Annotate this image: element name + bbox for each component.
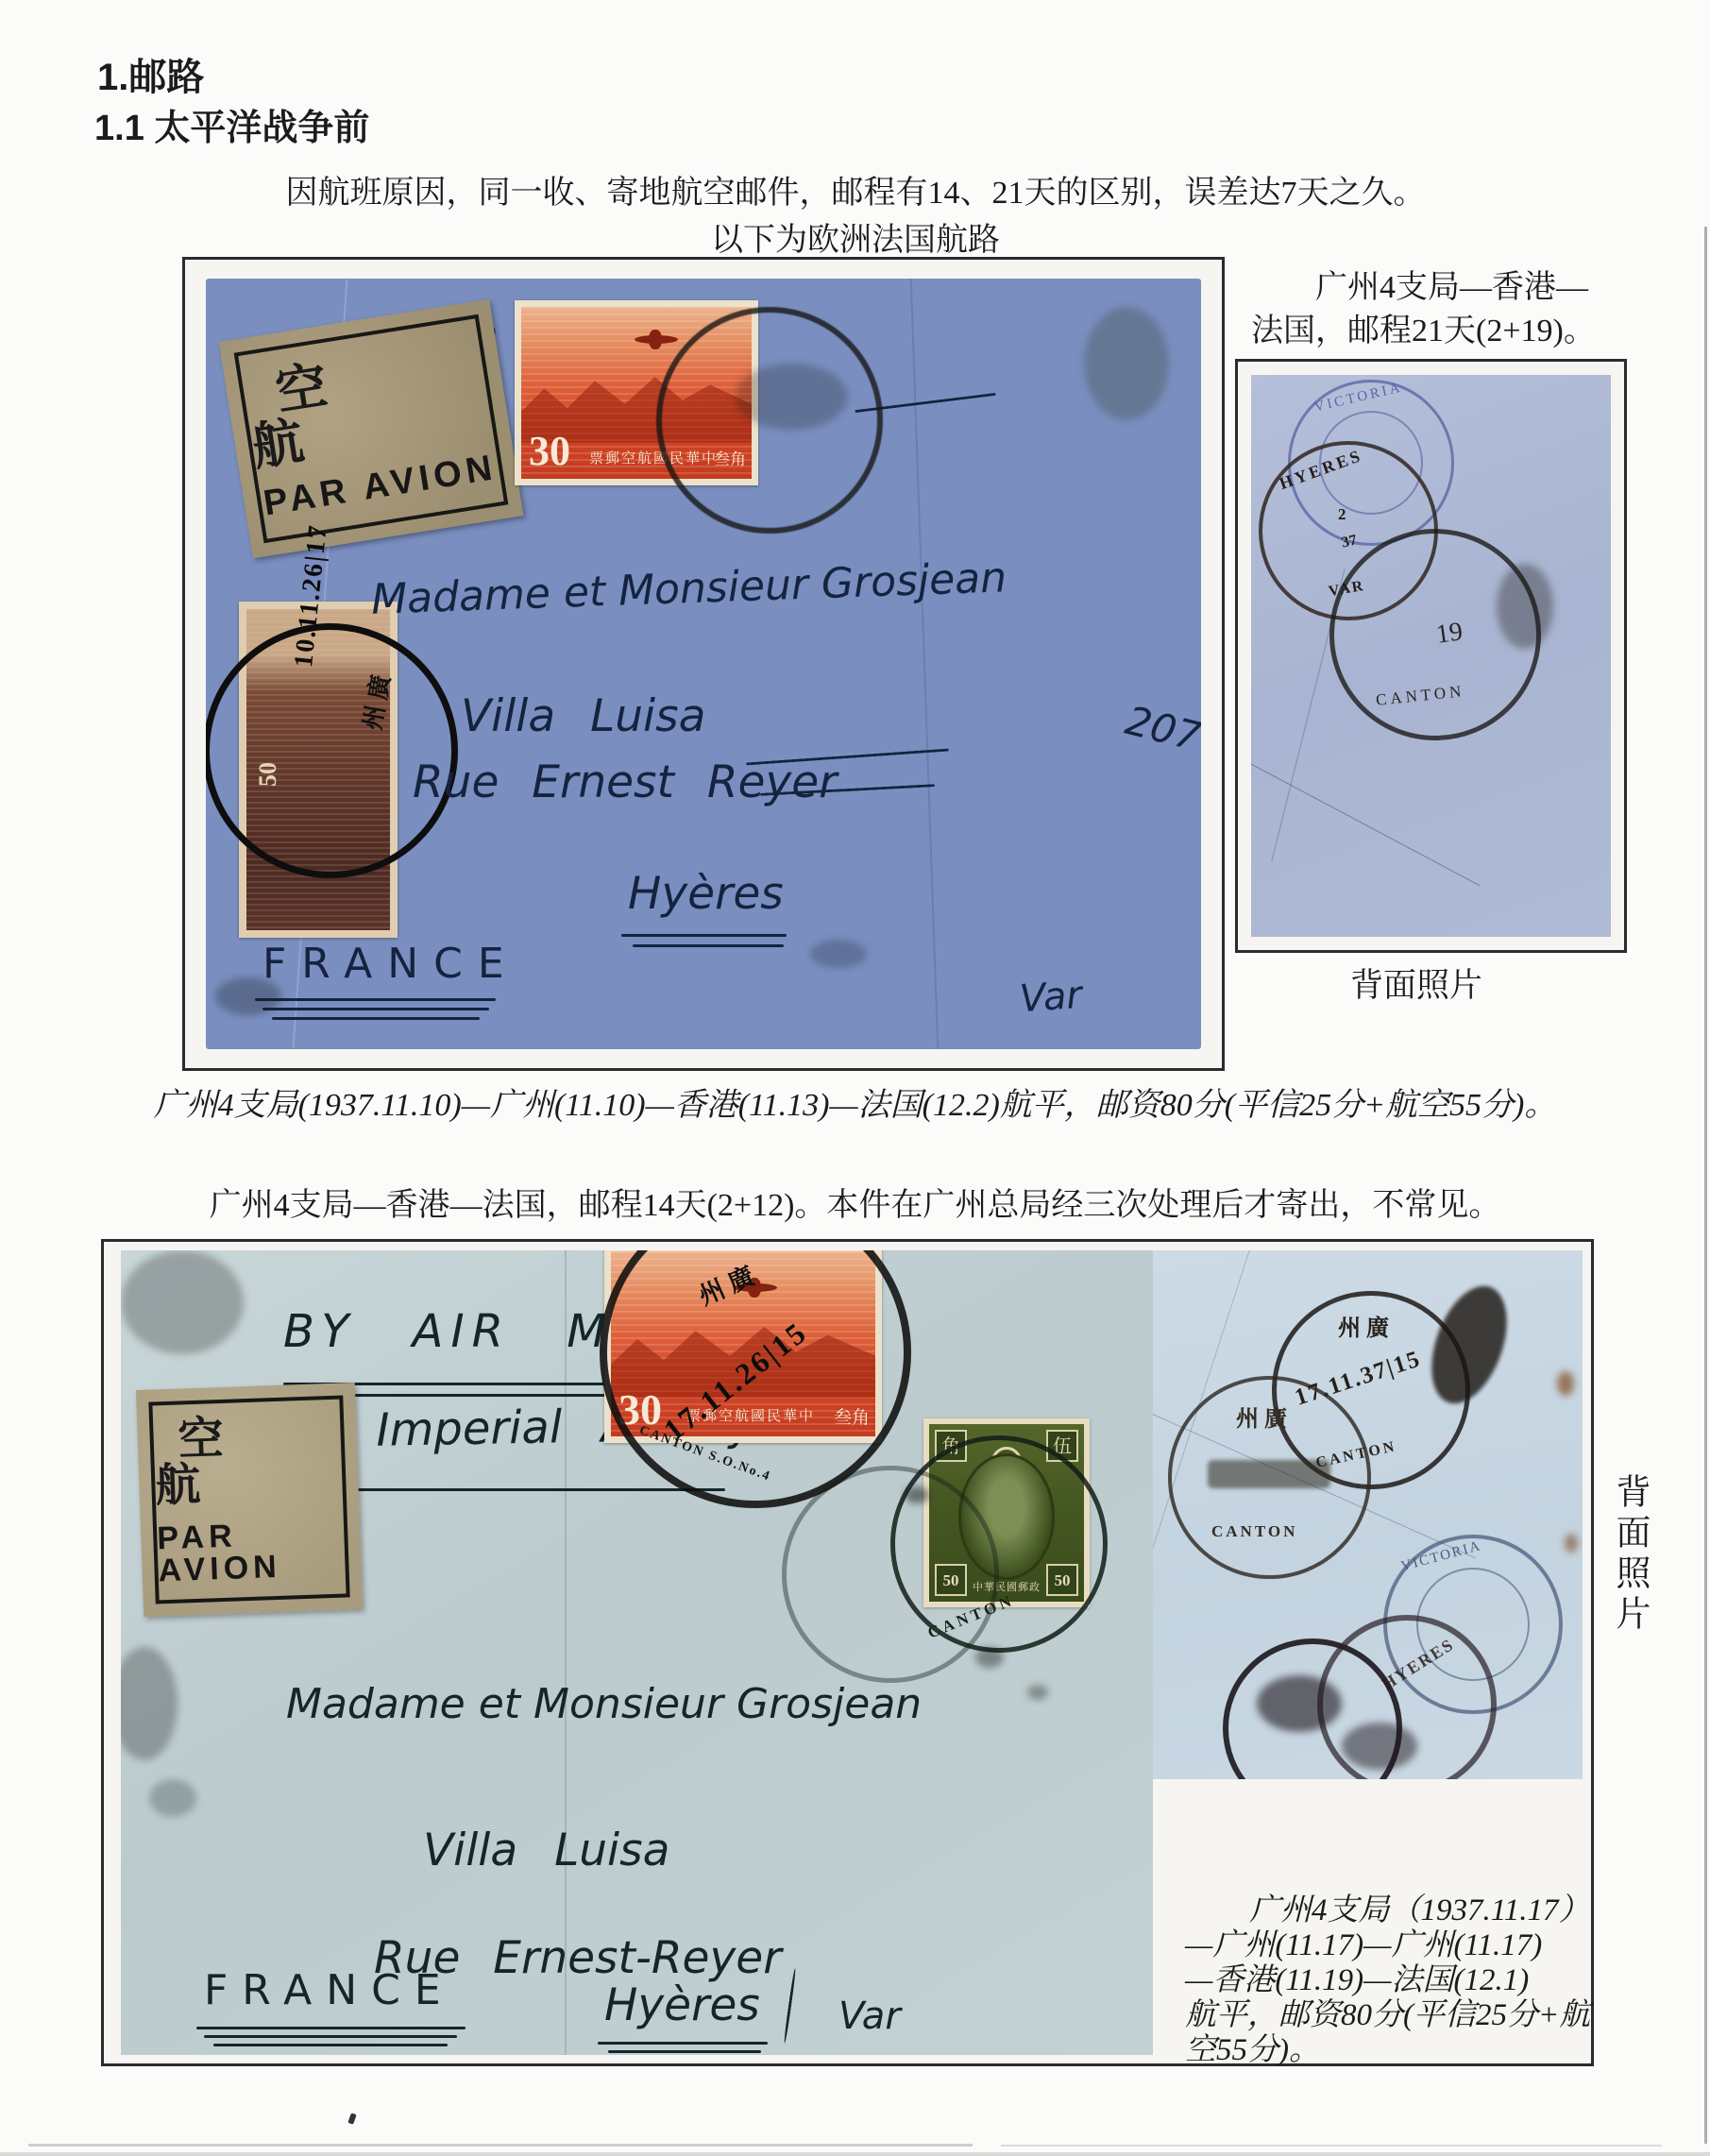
cover2-frame: BY AIR MAIL via Imperial Airways 空 航 PAR… [101, 1239, 1594, 2066]
crease-line [1251, 753, 1481, 887]
back2-cds1-chinese: 州 廣 [1338, 1309, 1389, 1342]
subsection-heading: 1.1 太平洋战争前 [94, 98, 369, 150]
ink-smudge [121, 1250, 244, 1354]
cover1-front-photo: BY AIR 空 航 PAR AVION 30 票郵空航國民華中 [206, 279, 1201, 1049]
ink-smudge [215, 977, 281, 1015]
cover2-address-town: Hyères [604, 1979, 760, 2031]
ink-smudge [1342, 1723, 1417, 1770]
cover1-manuscript-note: 207 [1121, 697, 1201, 760]
underline [262, 1008, 489, 1010]
airplane-icon [635, 335, 678, 344]
cover2-address-country: FRANCE [204, 1966, 455, 2014]
ink-stroke [783, 1968, 796, 2044]
cover2-address-name: Madame et Monsieur Grosjean [286, 1680, 922, 1728]
cover2-address-dept: Var [838, 1995, 901, 2038]
cover1-postmark-over-50c [206, 623, 458, 878]
cover1-address-name: Madame et Monsieur Grosjean [370, 553, 1007, 623]
cover2-caption: 广州4支局（1937.11.17） —广州(11.17)—广州(11.17) —… [1185, 1893, 1593, 2068]
cover2-postmark-partial-ring [782, 1466, 999, 1683]
cover2-address-villa: Villa Luisa [423, 1825, 669, 1876]
exhibit-page: 1.邮路 1.1 太平洋战争前 因航班原因，同一收、寄地航空邮件，邮程有14、2… [0, 0, 1710, 2156]
paper-stain [1565, 1534, 1578, 1553]
cover1-route-note-line1: 广州4支局—香港— [1251, 266, 1671, 310]
cover2-par-avion-label-border: 空 航 PAR AVION [148, 1395, 349, 1604]
cover2-front-photo: BY AIR MAIL via Imperial Airways 空 航 PAR… [121, 1250, 1153, 2055]
cover2-caption-line1: 广州4支局（1937.11.17） [1185, 1893, 1593, 1928]
underline [204, 2035, 457, 2038]
back2-cds2-chinese: 州 廣 [1236, 1400, 1287, 1433]
cover2-caption-line2: —广州(11.17)—广州(11.17) [1185, 1928, 1593, 1963]
underline [633, 944, 784, 947]
airmail-label-chinese: 空 航 [153, 1413, 343, 1510]
airmail-label-french: PAR AVION [157, 1517, 346, 1587]
cover1-back-frame: VICTORIA HYERES 2 37 VAR 19 CANTON [1235, 359, 1627, 953]
cover1-caption: 广州4支局(1937.11.10)—广州(11.10)—香港(11.13)—法国… [28, 1078, 1682, 1125]
ink-smudge [1257, 1675, 1342, 1732]
underline [196, 2027, 466, 2029]
cover2-caption-line3: —香港(11.19)—法国(12.1) [1185, 1963, 1593, 1998]
hyeres-postmark-year: 37 [1340, 533, 1358, 552]
intro-line-1: 因航班原因，同一收、寄地航空邮件，邮程有14、21天的区别，误差达7天之久。 [34, 166, 1677, 212]
section2-heading: 广州4支局—香港—法国，邮程14天(2+12)。本件在广州总局经三次处理后才寄出… [28, 1179, 1682, 1225]
cover1-address-villa: Villa Luisa [461, 690, 705, 742]
ink-speck [347, 2113, 356, 2124]
stamp-denomination: 30 [529, 427, 570, 475]
scan-noise-line [1001, 2145, 1662, 2147]
underline [272, 1017, 480, 1020]
cover2-caption-line5: 空55分)。 [1185, 2033, 1593, 2068]
ink-smudge [121, 1647, 178, 1760]
underline [598, 2042, 768, 2045]
ink-smudge [810, 940, 867, 968]
scan-edge-line [1704, 227, 1707, 2144]
crease-line [910, 279, 939, 1049]
cover2-par-avion-label: 空 航 PAR AVION [136, 1383, 363, 1617]
ink-smudge [905, 1486, 929, 1503]
underline [608, 2050, 761, 2053]
cover2-back-photo: 州 廣 17.11.37|15 CANTON 州 廣 CANTON VICTOR… [1153, 1250, 1583, 1779]
ink-smudge [735, 364, 848, 430]
underline [213, 2044, 448, 2046]
cover1-front-frame: BY AIR 空 航 PAR AVION 30 票郵空航國民華中 [182, 257, 1225, 1071]
cover2-caption-line4: 航平，邮资80分(平信25分+航 [1185, 1998, 1593, 2033]
cover1-address-street: Rue Ernest Reyer [413, 756, 838, 808]
cover1-back-caption: 背面照片 [1303, 959, 1530, 1007]
underline [621, 934, 787, 937]
cover1-back-photo: VICTORIA HYERES 2 37 VAR 19 CANTON [1251, 375, 1611, 937]
cover1-par-avion-label: 空 航 PAR AVION [219, 299, 524, 559]
section-number-heading: 1.邮路 [97, 47, 204, 101]
scan-noise-line [0, 2152, 1710, 2156]
ink-smudge [975, 1647, 1004, 1668]
ink-smudge [1084, 307, 1169, 420]
cover1-address-town: Hyères [628, 868, 784, 920]
underline [255, 998, 496, 1001]
paper-stain [1557, 1371, 1574, 1396]
ink-smudge [1497, 564, 1553, 649]
cover1-address-country: FRANCE [262, 940, 519, 988]
hyeres-postmark-day: 2 [1338, 505, 1346, 524]
scan-noise-line [28, 2144, 973, 2147]
canton-postmark-day: 19 [1434, 617, 1465, 651]
cover1-par-avion-label-border: 空 航 PAR AVION [234, 314, 509, 543]
intro-line-2: 以下为欧洲法国航路 [34, 213, 1677, 260]
ink-smudge [1027, 1685, 1048, 1700]
cover1-route-note: 广州4支局—香港— 法国，邮程21天(2+19)。 [1251, 266, 1671, 353]
cover1-address-dept: Var [1018, 974, 1083, 1021]
back2-cds2-name: CANTON [1211, 1522, 1297, 1541]
ink-smudge [149, 1779, 196, 1817]
cover1-route-note-line2: 法国，邮程21天(2+19)。 [1251, 310, 1671, 353]
illegible-date-smudge [1208, 1460, 1330, 1488]
cover2-back-vertical-caption: 背面照片 [1603, 1473, 1654, 1636]
